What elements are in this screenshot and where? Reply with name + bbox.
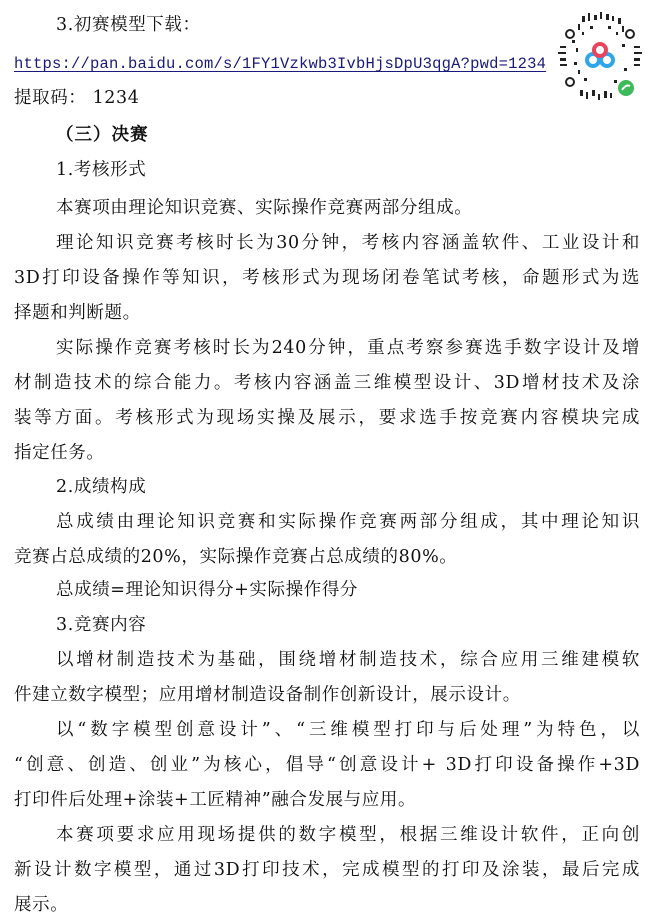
paragraph-line: 本赛项要求应用现场提供的数字模型，根据三维设计软件，正向创 [56,823,640,847]
paragraph-line: “创意、创造、创业”为核心，倡导“创意设计+ 3D打印设备操作+3D [14,753,640,777]
paragraph-line: 装等方面。考核形式为现场实操及展示，要求选手按竞赛内容模块完成 [14,406,640,430]
paragraph-line: 以增材制造技术为基础，围绕增材制造技术，综合应用三维建模软 [56,648,640,672]
extraction-code: 提取码： 1234 [14,86,140,110]
content-title: 3.竞赛内容 [56,613,146,637]
paragraph-line: 实际操作竞赛考核时长为240分钟，重点考察参赛选手数字设计及增 [56,336,640,360]
paragraph-line: 展示。 [14,893,68,917]
extraction-code-label: 提取码： [14,88,86,108]
paragraph-line: 理论知识竞赛考核时长为30分钟，考核内容涵盖软件、工业设计和 [56,231,640,255]
score-formula: 总成绩=理论知识得分+实际操作得分 [56,578,358,602]
download-heading: 3.初赛模型下载： [56,13,201,37]
paragraph-line: 指定任务。 [14,441,105,465]
extraction-code-value: 1234 [93,88,140,108]
paragraph-line: 打印件后处理+涂装+工匠精神”融合发展与应用。 [14,788,416,812]
paragraph-line: 3D打印设备操作等知识，考核形式为现场闭卷笔试考核，命题形式为选 [14,266,640,290]
baidu-netdisk-qr-icon[interactable] [552,4,648,108]
paragraph-line: 本赛项由理论知识竞赛、实际操作竞赛两部分组成。 [56,196,472,220]
paragraph-line: 新设计数字模型，通过3D打印技术，完成模型的打印及涂装，最后完成 [14,858,640,882]
paragraph-line: 材制造技术的综合能力。考核内容涵盖三维模型设计、3D增材技术及涂 [14,371,640,395]
download-link[interactable]: https://pan.baidu.com/s/1FY1Vzkwb3IvbHjs… [14,52,546,76]
assessment-title: 1.考核形式 [56,158,146,182]
paragraph-line: 总成绩由理论知识竞赛和实际操作竞赛两部分组成，其中理论知识 [56,510,640,534]
paragraph-line: 以“数字模型创意设计”、“三维模型打印与后处理”为特色，以 [56,718,640,742]
scoring-title: 2.成绩构成 [56,475,146,499]
paragraph-line: 件建立数字模型；应用增材制造设备制作创新设计，展示设计。 [14,683,521,707]
section-title-finals: （三）决赛 [56,123,149,147]
paragraph-line: 择题和判断题。 [14,301,141,325]
paragraph-line: 竞赛占总成绩的20%，实际操作竞赛占总成绩的80%。 [14,545,457,569]
